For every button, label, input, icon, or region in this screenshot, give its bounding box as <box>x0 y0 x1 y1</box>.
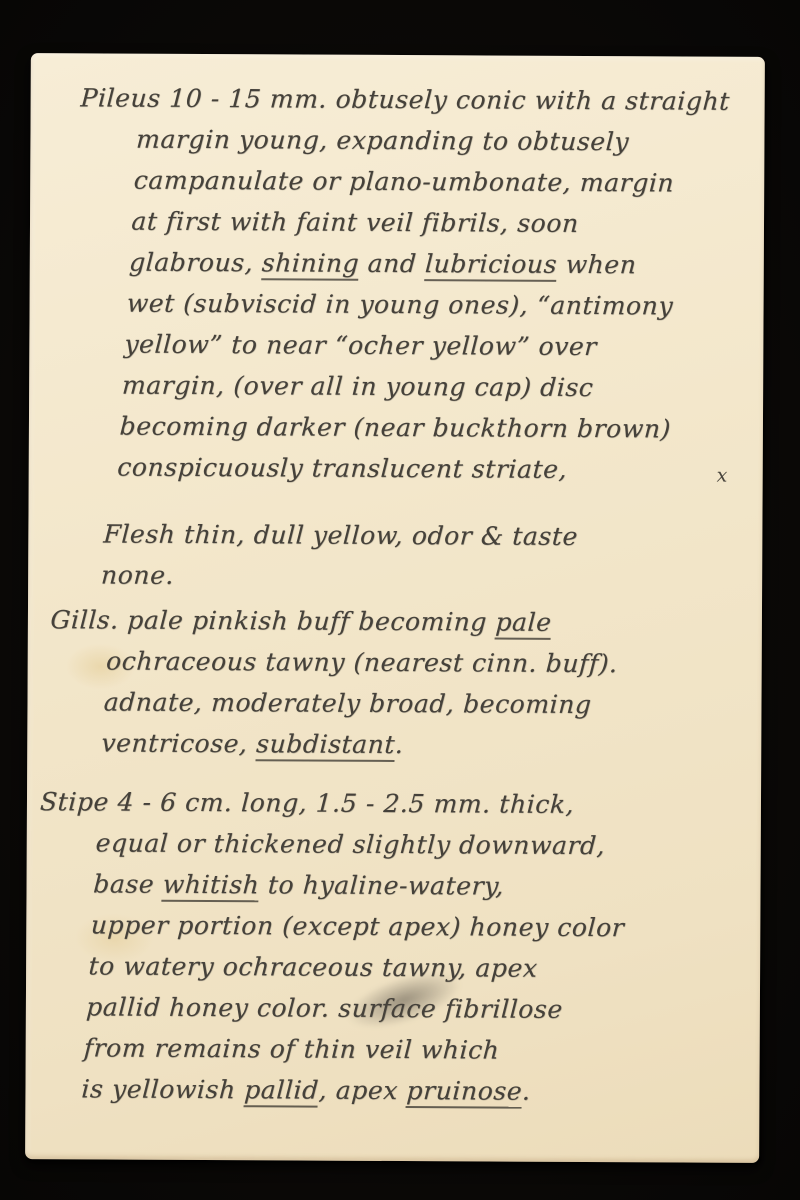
note-line: Flesh thin, dull yellow, odor & taste <box>102 513 756 557</box>
note-text-segment: campanulate or plano-umbonate, margin <box>133 166 675 198</box>
note-text-segment: conspicuously translucent striate, <box>117 453 569 484</box>
note-text-segment: to watery ochraceous tawny, apex <box>88 951 539 982</box>
note-line: margin, (over all in young cap) disc <box>121 365 765 409</box>
note-line: wet (subviscid in young ones), “antimony <box>126 283 770 327</box>
note-text-segment: equal or thickened slightly downward, <box>95 828 606 860</box>
note-text-segment: ochraceous tawny (nearest cinn. buff). <box>105 646 618 678</box>
note-line: from remains of thin veil which <box>83 1027 727 1071</box>
note-text-segment: adnate, moderately broad, becoming <box>103 687 593 719</box>
note-text-segment: becoming darker (near buckthorn brown) <box>119 412 672 444</box>
note-line: upper portion (except apex) honey color <box>90 904 734 948</box>
note-line: campanulate or plano-umbonate, margin <box>133 160 777 204</box>
note-line: equal or thickened slightly downward, <box>95 822 739 866</box>
note-line: ochraceous tawny (nearest cinn. buff). <box>105 640 749 684</box>
note-text-segment: is yellowish <box>81 1074 245 1104</box>
underlined-word: pale <box>495 608 553 640</box>
note-text-segment: yellow” to near “ocher yellow” over <box>124 330 598 361</box>
note-text-segment: when <box>556 250 637 279</box>
note-line: becoming darker (near buckthorn brown) <box>119 406 763 450</box>
note-text-segment: . <box>394 730 404 759</box>
note-text-segment: Gills. pale pinkish buff becoming <box>50 605 497 636</box>
note-text-segment: Pileus 10 - 15 mm. obtusely conic with a… <box>80 83 731 115</box>
note-line: adnate, moderately broad, becoming <box>103 681 747 725</box>
handwritten-note: Pileus 10 - 15 mm. obtusely conic with a… <box>22 77 781 1112</box>
note-text-segment: upper portion (except apex) honey color <box>90 910 625 942</box>
underlined-word: whitish <box>162 870 261 902</box>
note-line: none. <box>100 554 754 598</box>
note-text-segment: from remains of thin veil which <box>83 1033 500 1064</box>
note-text-segment: wet (subviscid in young ones), “antimony <box>126 289 674 321</box>
note-line: Pileus 10 - 15 mm. obtusely conic with a… <box>79 77 781 122</box>
note-text-segment: at first with faint veil fibrils, soon <box>131 207 580 238</box>
note-card: Pileus 10 - 15 mm. obtusely conic with a… <box>25 53 765 1163</box>
note-text-segment: Stipe 4 - 6 cm. long, 1.5 - 2.5 mm. thic… <box>39 787 575 819</box>
note-text-segment: margin young, expanding to obtusely <box>135 125 629 157</box>
paragraph-gills: Gills. pale pinkish buff becoming paleoc… <box>42 599 751 767</box>
photo-background: Pileus 10 - 15 mm. obtusely conic with a… <box>0 0 800 1200</box>
note-line: yellow” to near “ocher yellow” over <box>123 324 767 368</box>
note-text-segment: base <box>92 869 163 898</box>
note-line: Stipe 4 - 6 cm. long, 1.5 - 2.5 mm. thic… <box>39 781 741 826</box>
note-line: conspicuously translucent striate, <box>116 447 760 491</box>
note-text-segment: Flesh thin, dull yellow, odor & taste <box>103 519 579 550</box>
x-annotation-mark: x <box>717 465 728 487</box>
note-text-segment: , apex <box>318 1076 408 1105</box>
paragraph-flesh: Flesh thin, dull yellow, odor & tastenon… <box>52 513 757 599</box>
note-line: to watery ochraceous tawny, apex <box>87 945 731 989</box>
note-text-segment: ventricose, <box>101 728 257 758</box>
note-text-segment: margin, (over all in young cap) disc <box>121 371 594 402</box>
note-line: at first with faint veil fibrils, soon <box>130 201 774 245</box>
underlined-word: pallid <box>243 1075 319 1107</box>
note-line: Gills. pale pinkish buff becoming pale <box>49 599 751 644</box>
paragraph-stipe: Stipe 4 - 6 cm. long, 1.5 - 2.5 mm. thic… <box>22 781 741 1113</box>
paragraph-pileus: Pileus 10 - 15 mm. obtusely conic with a… <box>58 77 782 491</box>
underlined-word: shining <box>261 248 360 281</box>
underlined-word: subdistant <box>255 729 396 762</box>
underlined-word: lubricious <box>424 249 558 282</box>
note-line: margin young, expanding to obtusely <box>135 119 779 163</box>
underlined-word: pruinose <box>406 1076 523 1109</box>
note-text-segment: and <box>358 249 426 278</box>
note-line: ventricose, subdistant. <box>100 722 744 766</box>
note-text-segment: glabrous, <box>128 248 262 278</box>
note-line: glabrous, shining and lubricious when <box>128 242 772 286</box>
note-text-segment: . <box>521 1077 531 1106</box>
note-text-segment: none. <box>100 560 175 589</box>
note-line: pallid honey color. surface fibrillose <box>85 986 729 1030</box>
note-line: is yellowish pallid, apex pruinose. <box>80 1068 724 1112</box>
note-text-segment: pallid honey color. surface fibrillose <box>85 992 563 1023</box>
note-line: base whitish to hyaline-watery, <box>92 863 736 907</box>
note-text-segment: to hyaline-watery, <box>259 870 505 900</box>
